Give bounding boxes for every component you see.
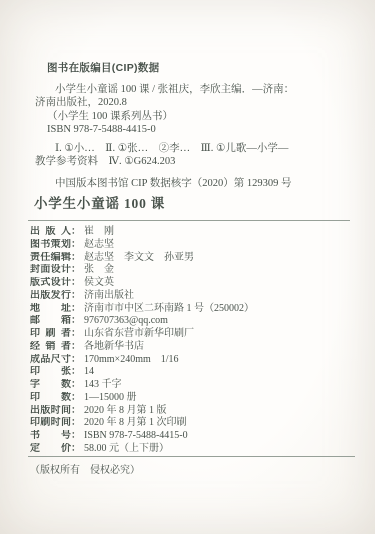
colophon-row: 字数：143 千字 [30, 379, 365, 392]
cip-classification-line-1: Ⅰ. ①小… Ⅱ. ①张… ②李… Ⅲ. ①儿歌—小学— [55, 142, 288, 155]
copyright-notice: （版权所有 侵权必究） [30, 464, 140, 477]
colophon-label: 成品尺寸 [30, 354, 71, 367]
colophon-separator: ： [71, 366, 81, 379]
colophon-row: 出版人：崔 刚 [30, 226, 365, 239]
colophon-row: 地址：济南市市中区二环南路 1 号（250002） [30, 303, 365, 316]
colophon-row: 经销者：各地新华书店 [30, 341, 365, 354]
colophon-separator: ： [71, 264, 81, 277]
cip-series-note: （小学生 100 课系列丛书） [47, 110, 173, 123]
cip-classification-line-2: 教学参考资料 Ⅳ. ①G624.203 [35, 155, 175, 168]
colophon-row: 责任编辑：赵志坚 李文文 孙亚男 [30, 252, 365, 265]
colophon-label: 图书策划 [30, 239, 71, 252]
colophon-separator: ： [71, 252, 81, 265]
colophon-separator: ： [71, 303, 81, 316]
colophon-label: 封面设计 [30, 264, 71, 277]
colophon-value: 2020 年 8 月第 1 版 [84, 405, 167, 416]
colophon-value: 2020 年 8 月第 1 次印刷 [84, 417, 187, 428]
colophon-label: 邮箱 [30, 315, 71, 328]
colophon-row: 邮箱：976707363@qq.com [30, 315, 365, 328]
colophon-value: 14 [84, 366, 94, 377]
colophon-label: 责任编辑 [30, 252, 71, 265]
colophon-value: 山东省东营市新华印刷厂 [84, 328, 194, 339]
colophon-separator: ： [71, 379, 81, 392]
colophon-value: 170mm×240mm 1/16 [84, 354, 179, 365]
title-divider [28, 220, 350, 221]
colophon-label: 经销者 [30, 341, 71, 354]
colophon-label: 印刷时间 [30, 417, 71, 430]
colophon-label: 出版时间 [30, 405, 71, 418]
colophon-separator: ： [71, 290, 81, 303]
book-title: 小学生小童谣 100 课 [34, 197, 165, 210]
colophon-value: 各地新华书店 [84, 341, 144, 352]
colophon-label: 印张 [30, 366, 71, 379]
colophon-value: 张 金 [84, 264, 114, 275]
colophon-separator: ： [71, 430, 81, 443]
colophon-label: 版式设计 [30, 277, 71, 290]
colophon-separator: ： [71, 277, 81, 290]
cip-heading: 图书在版编目(CIP)数据 [47, 62, 159, 75]
cip-description-line-1: 小学生小童谣 100 课 / 张祖庆，李欣主编．—济南： [55, 83, 294, 96]
cip-isbn-line: ISBN 978-7-5488-4415-0 [47, 123, 156, 136]
colophon-label: 地址 [30, 303, 71, 316]
colophon-row: 出版时间：2020 年 8 月第 1 版 [30, 405, 365, 418]
colophon-row: 印数：1—15000 册 [30, 392, 365, 405]
colophon-separator: ： [71, 354, 81, 367]
bottom-divider [28, 456, 355, 457]
colophon-separator: ： [71, 341, 81, 354]
cip-description-line-2: 济南出版社，2020.8 [35, 96, 127, 109]
colophon-row: 定价：58.00 元（上下册） [30, 443, 365, 456]
colophon-value: 济南出版社 [84, 290, 134, 301]
colophon-row: 出版发行：济南出版社 [30, 290, 365, 303]
colophon-separator: ： [71, 226, 81, 239]
colophon-value: 侯文英 [84, 277, 114, 288]
colophon-separator: ： [71, 392, 81, 405]
colophon-label: 定价 [30, 443, 71, 456]
colophon-row: 图书策划：赵志坚 [30, 239, 365, 252]
copyright-page: 图书在版编目(CIP)数据 小学生小童谣 100 课 / 张祖庆，李欣主编．—济… [0, 0, 375, 534]
colophon-value: ISBN 978-7-5488-4415-0 [84, 430, 188, 441]
colophon-separator: ： [71, 315, 81, 328]
colophon-value: 143 千字 [84, 379, 122, 390]
colophon-row: 书号：ISBN 978-7-5488-4415-0 [30, 430, 365, 443]
colophon-separator: ： [71, 239, 81, 252]
colophon-separator: ： [71, 417, 81, 430]
colophon-label: 印刷者 [30, 328, 71, 341]
colophon-separator: ： [71, 405, 81, 418]
colophon-label: 出版人 [30, 226, 71, 239]
colophon-label: 字数 [30, 379, 71, 392]
colophon-row: 成品尺寸：170mm×240mm 1/16 [30, 354, 365, 367]
colophon-row: 印张：14 [30, 366, 365, 379]
cip-record-number: 中国版本图书馆 CIP 数据核字（2020）第 129309 号 [55, 177, 291, 190]
colophon-value: 976707363@qq.com [84, 315, 168, 326]
colophon-value: 1—15000 册 [84, 392, 137, 403]
colophon-row: 印刷时间：2020 年 8 月第 1 次印刷 [30, 417, 365, 430]
colophon-label: 印数 [30, 392, 71, 405]
colophon-value: 赵志坚 [84, 239, 114, 250]
colophon-separator: ： [71, 328, 81, 341]
colophon-row: 封面设计：张 金 [30, 264, 365, 277]
colophon-value: 济南市市中区二环南路 1 号（250002） [84, 303, 254, 314]
colophon-value: 赵志坚 李文文 孙亚男 [84, 252, 194, 263]
colophon-label: 出版发行 [30, 290, 71, 303]
colophon-label: 书号 [30, 430, 71, 443]
colophon-row: 印刷者：山东省东营市新华印刷厂 [30, 328, 365, 341]
colophon-value: 崔 刚 [84, 226, 114, 237]
colophon-row: 版式设计：侯文英 [30, 277, 365, 290]
colophon-separator: ： [71, 443, 81, 456]
colophon-rows: 出版人：崔 刚 图书策划：赵志坚 责任编辑：赵志坚 李文文 孙亚男 封面设计：张… [30, 226, 365, 456]
colophon-value: 58.00 元（上下册） [84, 443, 169, 454]
